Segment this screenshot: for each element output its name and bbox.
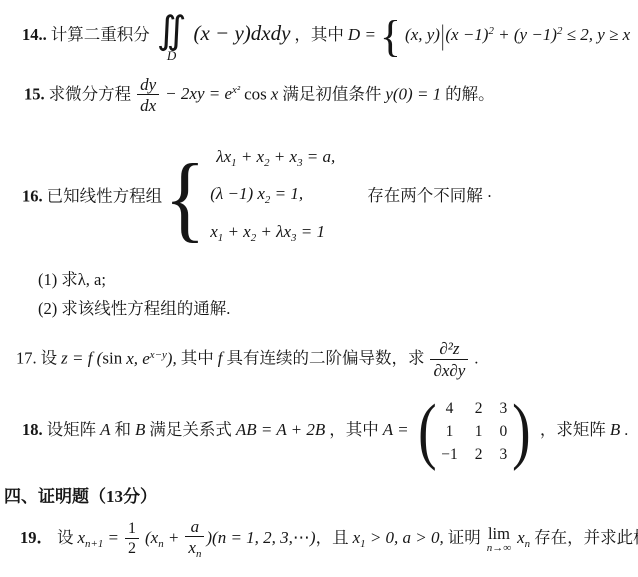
derivative-fraction: dydx	[137, 75, 159, 117]
recurrence-mid: (xn +	[145, 528, 179, 547]
problem-18: 18. 设矩阵 A 和 B 满足关系式 AB = A + 2B ，其中 A = …	[22, 397, 638, 466]
matrix-A-equals: A =	[383, 420, 409, 439]
problem-18-number: 18.	[22, 420, 43, 439]
problem-16-lead-text: 已知线性方程组	[47, 186, 163, 205]
section-header-proof: 四、证明题（13分）	[4, 482, 638, 507]
matrix-cell: 1	[475, 420, 483, 443]
double-integral-operator: ∫∫D	[157, 11, 187, 62]
matrix-cell: 1	[441, 420, 458, 443]
problem-18-text-1: 设矩阵	[47, 420, 97, 439]
subquestion-1-text: 求λ, a;	[61, 270, 106, 289]
problem-16-subquestion-1: (1) 求λ, a;	[38, 266, 638, 290]
system-equation-2: (λ −1) x2 = 1,	[210, 178, 303, 216]
set-condition: (x −1)2 + (y −1)2 ≤ 2, y ≥ x	[445, 25, 630, 44]
a-over-xn-fraction: axn	[185, 517, 204, 562]
problem-18-text-2: 和	[115, 420, 132, 439]
matrix-B-variable: B	[135, 420, 145, 439]
matrix-cell: 2	[475, 443, 483, 466]
integral-domain-subscript: D	[167, 49, 176, 62]
problem-16-tail-dot: ·	[487, 186, 493, 205]
problem-16: 16. 已知线性方程组{λx1 + x2 + x3 = a,(λ −1) x2 …	[22, 141, 638, 254]
double-integral-icon: ∫∫	[157, 11, 187, 51]
problem-19: 19． 设 xn+1 = 12 (xn + axn)(n = 1, 2, 3,⋯…	[20, 517, 638, 562]
fraction-denominator: xn	[185, 536, 204, 561]
composite-function-expr-b: x, ex−y),	[126, 349, 177, 368]
matrix-open-paren: (	[418, 398, 436, 465]
fraction-numerator: a	[188, 517, 203, 537]
lim-subscript: n→∞	[487, 543, 511, 554]
system-equation-3: x1 + x2 + λx3 = 1	[210, 216, 325, 254]
set-tuple: (x, y)	[405, 25, 440, 44]
problem-18-text-5: ，求矩阵	[540, 420, 606, 439]
cos-function: cos	[244, 84, 267, 103]
fraction-numerator: 1	[125, 520, 139, 538]
problem-19-text-2: 证明	[448, 528, 481, 547]
matrix-relation: AB = A + 2B	[236, 420, 325, 439]
problem-18-text-4: ，其中	[329, 420, 379, 439]
limit-operator: limn→∞	[487, 525, 511, 554]
problem-14: 14.. 计算二重积分 ∫∫D (x − y)dxdy ，其中 D = { (x…	[22, 11, 638, 62]
matrix-A-variable: A	[100, 420, 110, 439]
lim-word: lim	[488, 525, 510, 542]
matrix-grid: 423110−123	[439, 397, 509, 466]
equation-system: λx1 + x2 + x3 = a,(λ −1) x2 = 1,x1 + x2 …	[210, 141, 335, 254]
matrix-B-variable-2: B	[610, 420, 620, 439]
problem-15-mid-text: 满足初值条件	[282, 84, 381, 103]
problem-19-lead-text: 设	[57, 528, 74, 547]
f-variable: f	[218, 349, 223, 368]
problem-18-end-period: .	[624, 422, 628, 439]
system-equation-1: λx1 + x2 + x3 = a,	[216, 141, 335, 179]
problem-17-end-period: .	[474, 351, 478, 368]
problem-14-mid-text: ，其中	[294, 25, 344, 44]
matrix-cell: 2	[475, 397, 483, 420]
subquestion-1-label: (1)	[38, 270, 57, 289]
exam-document-page: 14.. 计算二重积分 ∫∫D (x − y)dxdy ，其中 D = { (x…	[0, 0, 638, 577]
sin-function: sin	[102, 349, 122, 368]
problem-14-lead-text: 计算二重积分	[51, 25, 150, 44]
fraction-numerator: dy	[137, 75, 159, 95]
ode-equation: − 2xy = ex²	[165, 84, 240, 103]
problem-15-lead-text: 求微分方程	[49, 84, 132, 103]
problem-19-number: 19．	[20, 528, 53, 547]
problem-17-mid-text-1: 其中	[181, 349, 214, 368]
positivity-conditions: x1 > 0, a > 0,	[353, 528, 444, 547]
one-half-fraction: 12	[125, 520, 139, 559]
problem-17: 17. 设 z = f (sin x, ex−y), 其中 f 具有连续的二阶偏…	[16, 339, 638, 381]
matrix-cell: 0	[500, 420, 508, 443]
problem-16-subquestion-2: (2) 求该线性方程组的通解.	[38, 295, 638, 319]
fraction-denominator: ∂x∂y	[430, 359, 468, 381]
matrix-cell: 3	[500, 443, 508, 466]
integrand-expression: (x − y)dxdy	[193, 21, 290, 45]
set-divider-bar: |	[441, 19, 444, 53]
problem-18-text-3: 满足关系式	[149, 420, 232, 439]
fraction-numerator: ∂²z	[436, 339, 462, 359]
problem-15: 15. 求微分方程 dydx − 2xy = ex² cos x 满足初值条件 …	[24, 75, 638, 117]
problem-19-text-1: ，且	[316, 528, 349, 547]
matrix-cell: 3	[500, 397, 508, 420]
problem-17-lead-text: 设	[41, 349, 58, 368]
composite-function-expr-a: z = f (	[61, 349, 102, 368]
cos-argument: x	[271, 84, 279, 103]
matrix-A: (423110−123)	[415, 397, 534, 466]
set-lhs: D =	[348, 25, 376, 44]
matrix-cell: −1	[441, 443, 458, 466]
limit-sequence-term: xn	[517, 528, 530, 547]
problem-16-number: 16.	[22, 186, 43, 205]
problem-15-number: 15.	[24, 84, 45, 103]
partial-derivative-fraction: ∂²z∂x∂y	[430, 339, 468, 381]
problem-17-number: 17.	[16, 349, 37, 368]
subquestion-2-label: (2)	[38, 299, 57, 318]
subquestion-2-text: 求该线性方程组的通解.	[61, 299, 230, 318]
problem-15-tail-text: 的解。	[445, 84, 495, 103]
fraction-denominator: 2	[125, 538, 139, 559]
set-close-brace: }	[634, 17, 638, 57]
problem-14-number: 14..	[22, 25, 47, 44]
matrix-cell: 4	[441, 397, 458, 420]
problem-17-mid-text-2: 具有连续的二阶偏导数，求	[226, 349, 424, 368]
initial-condition: y(0) = 1	[385, 84, 441, 103]
problem-16-tail-text: 存在两个不同解	[367, 186, 483, 205]
fraction-denominator: dx	[137, 94, 159, 116]
set-open-brace: {	[380, 17, 401, 57]
recurrence-tail: )(n = 1, 2, 3,⋯)	[206, 528, 315, 547]
recurrence-lhs: xn+1 =	[78, 528, 120, 547]
problem-19-text-3: 存在，并求此极限.	[534, 528, 638, 547]
matrix-close-paren: )	[512, 398, 530, 465]
system-open-brace: {	[164, 157, 205, 239]
